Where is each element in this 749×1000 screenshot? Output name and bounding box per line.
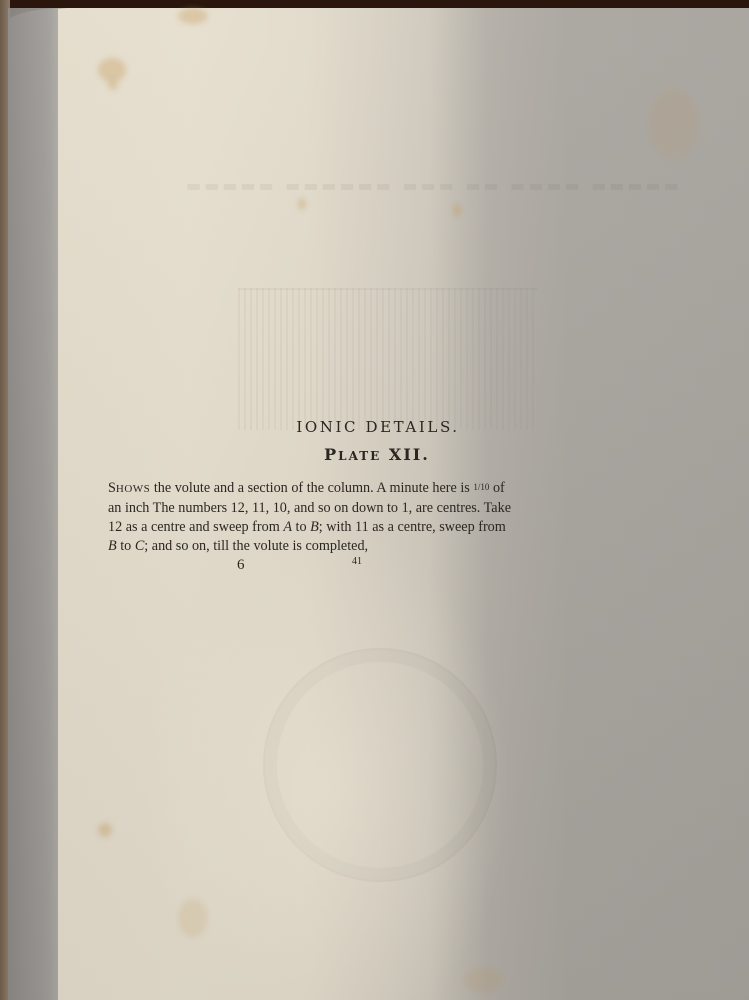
line-text: to: [292, 519, 310, 535]
foxing-stain: [108, 80, 118, 90]
line-text: the volute and a section of the column. …: [150, 480, 473, 496]
foxing-stain: [298, 198, 306, 210]
gutter-shadow: [8, 8, 58, 1000]
paragraph-line-1: SHOWS the volute and a section of the co…: [108, 478, 628, 499]
page-content: IONIC DETAILS. PLATE XII. SHOWS the volu…: [108, 418, 628, 576]
paragraph-line-3: 12 as a centre and sweep from A to B; wi…: [108, 518, 628, 537]
line-text: ; and so on, till the volute is complete…: [144, 538, 368, 554]
bleed-through-heading: ▬▬▬▬▬ ▬▬▬▬ ▬▬ ▬▬▬ ▬▬▬▬▬▬ ▬▬▬▬▬: [183, 176, 679, 195]
paragraph-line-4: B to C; and so on, till the volute is co…: [108, 537, 628, 556]
drop-word-rest: HOWS: [116, 483, 150, 495]
page-number-left: 6: [237, 557, 245, 574]
section-heading: IONIC DETAILS.: [128, 418, 628, 436]
plate-prefix-rest: LATE: [338, 449, 381, 463]
line-text: ; with 11 as a centre, sweep from: [319, 519, 506, 535]
drop-word-cap: S: [108, 480, 116, 496]
line-text: of: [489, 480, 504, 496]
foxing-stain: [648, 88, 698, 158]
page-numbers: 6 41: [108, 556, 628, 576]
fraction: 1/10: [473, 482, 489, 492]
plate-numeral: XII.: [389, 445, 430, 464]
plate-label: PLATE XII.: [126, 445, 628, 464]
point-label-b: B: [310, 519, 319, 535]
line-text: to: [117, 538, 135, 554]
point-label-b: B: [108, 538, 117, 554]
line-text: 12 as a centre and sweep from: [108, 519, 283, 535]
bleed-through-illustration: [238, 288, 538, 430]
description-paragraph: SHOWS the volute and a section of the co…: [108, 478, 628, 556]
foxing-stain: [98, 58, 126, 82]
point-label-a: A: [283, 519, 292, 535]
foxing-stain: [463, 968, 503, 992]
foxing-stain: [178, 8, 208, 24]
plate-prefix-cap: P: [324, 445, 338, 464]
point-label-c: C: [135, 538, 144, 554]
bleed-through-ornament: [263, 648, 497, 882]
foxing-stain: [98, 823, 112, 837]
page-number-right: 41: [352, 556, 362, 567]
foxing-stain: [453, 203, 461, 217]
paragraph-line-2: an inch The numbers 12, 11, 10, and so o…: [108, 499, 628, 518]
foxing-stain: [178, 898, 208, 938]
